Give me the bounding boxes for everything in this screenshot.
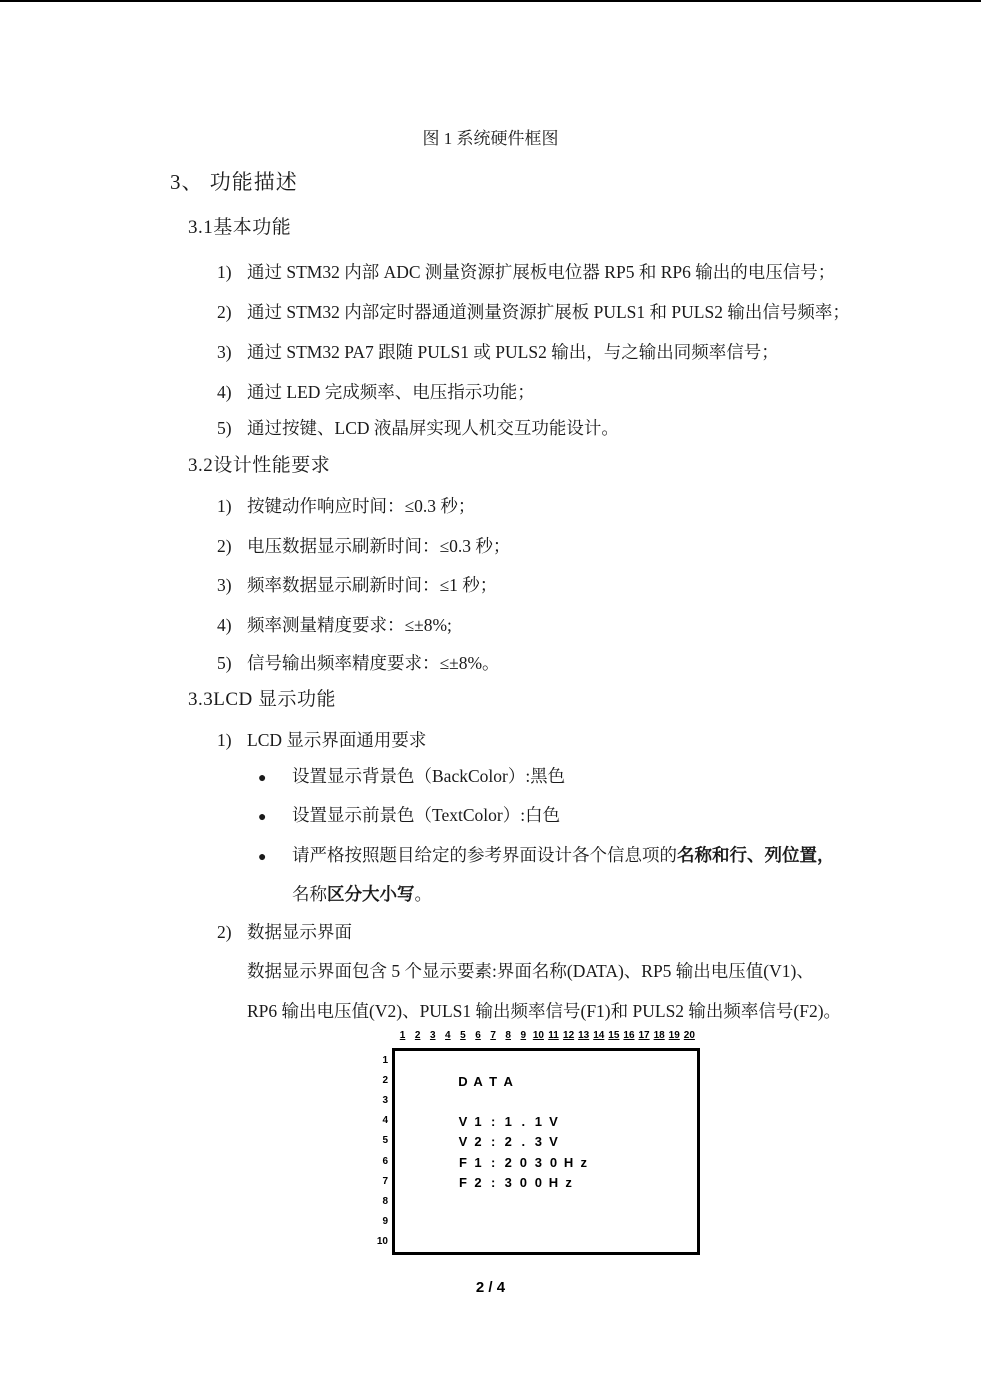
- list-item-text: 电压数据显示刷新时间：≤0.3 秒；: [247, 536, 510, 556]
- list-item-number: 3): [217, 573, 247, 598]
- list-item-number: 2): [217, 534, 247, 559]
- lcd-char: V: [546, 1134, 561, 1149]
- lcd-char: A: [470, 1074, 485, 1089]
- lcd-char: :: [486, 1114, 501, 1129]
- list-item-number: 5): [217, 416, 247, 441]
- lcd-char: 2: [501, 1155, 516, 1170]
- bullet-item: ●设置显示背景色（BackColor）:黑色: [258, 764, 565, 791]
- lcd-char: F: [455, 1155, 470, 1170]
- lcd-char: H: [561, 1155, 576, 1170]
- bullet-text: 。: [415, 884, 433, 904]
- lcd-col-label: 13: [576, 1030, 591, 1041]
- list-item-number: 1): [217, 494, 247, 519]
- lcd-char: 1: [501, 1114, 516, 1129]
- lcd-col-label: 7: [486, 1030, 501, 1041]
- lcd-row-label: 5: [370, 1135, 388, 1146]
- list-item: 1)LCD 显示界面通用要求: [217, 728, 426, 753]
- list-item: 4)通过 LED 完成频率、电压指示功能；: [217, 380, 535, 405]
- lcd-text-line: DATA: [455, 1074, 515, 1089]
- lcd-col-label: 5: [455, 1030, 470, 1041]
- lcd-char: 0: [516, 1155, 531, 1170]
- list-item: 5)通过按键、LCD 液晶屏实现人机交互功能设计。: [217, 416, 619, 441]
- lcd-col-label: 19: [667, 1030, 682, 1041]
- lcd-char: T: [486, 1074, 501, 1089]
- lcd-col-label: 14: [591, 1030, 606, 1041]
- list-item-number: 3): [217, 340, 247, 365]
- list-item: 2)数据显示界面: [217, 920, 352, 945]
- page-number: 2 / 4: [0, 1279, 981, 1296]
- list-item-number: 4): [217, 613, 247, 638]
- list-item-number: 2): [217, 920, 247, 945]
- list-item-text: 通过 STM32 内部定时器通道测量资源扩展板 PULS1 和 PULS2 输出…: [247, 302, 850, 322]
- lcd-reference-screen: DATAV1:1.1VV2:2.3VF1:2030HzF2:300Hz: [392, 1048, 700, 1255]
- lcd-row-label: 3: [370, 1095, 388, 1106]
- lcd-char: z: [576, 1155, 591, 1170]
- lcd-char: 0: [546, 1155, 561, 1170]
- lcd-col-label: 8: [501, 1030, 516, 1041]
- lcd-char: :: [486, 1134, 501, 1149]
- list-item: 5)信号输出频率精度要求：≤±8%。: [217, 651, 500, 676]
- lcd-char: 1: [470, 1114, 485, 1129]
- lcd-col-label: 16: [621, 1030, 636, 1041]
- lcd-col-label: 18: [652, 1030, 667, 1041]
- lcd-char: V: [455, 1134, 470, 1149]
- lcd-char: :: [486, 1175, 501, 1190]
- lcd-char: F: [455, 1175, 470, 1190]
- lcd-col-label: 15: [606, 1030, 621, 1041]
- lcd-col-label: 12: [561, 1030, 576, 1041]
- lcd-char: 1: [470, 1155, 485, 1170]
- lcd-char: 0: [531, 1175, 546, 1190]
- lcd-char: 2: [501, 1134, 516, 1149]
- lcd-col-label: 20: [682, 1030, 697, 1041]
- lcd-row-label: 10: [370, 1236, 388, 1247]
- bullet-text: 设置显示背景色（BackColor）:黑色: [292, 766, 565, 786]
- bullet-icon: ●: [258, 805, 292, 830]
- lcd-col-labels: 1234567891011121314151617181920: [395, 1030, 697, 1041]
- list-item-text: LCD 显示界面通用要求: [247, 730, 426, 750]
- bullet-item: ●请严格按照题目给定的参考界面设计各个信息项的名称和行、列位置，: [258, 843, 835, 870]
- lcd-col-label: 3: [425, 1030, 440, 1041]
- list-item-text: 按键动作响应时间：≤0.3 秒；: [247, 496, 475, 516]
- lcd-char: V: [546, 1114, 561, 1129]
- lcd-text-line: V1:1.1V: [455, 1114, 561, 1129]
- lcd-text-line: F2:300Hz: [455, 1175, 576, 1190]
- paragraph-line: 数据显示界面包含 5 个显示要素:界面名称(DATA)、RP5 输出电压值(V1…: [247, 959, 814, 984]
- lcd-char: 3: [531, 1155, 546, 1170]
- lcd-text-line: F1:2030Hz: [455, 1155, 591, 1170]
- list-item-text: 通过按键、LCD 液晶屏实现人机交互功能设计。: [247, 418, 619, 438]
- list-item-text: 通过 LED 完成频率、电压指示功能；: [247, 382, 535, 402]
- list-item-text: 通过 STM32 PA7 跟随 PULS1 或 PULS2 输出，与之输出同频率…: [247, 342, 779, 362]
- paragraph-line: RP6 输出电压值(V2)、PULS1 输出频率信号(F1)和 PULS2 输出…: [247, 999, 841, 1024]
- figure-caption: 图 1 系统硬件框图: [0, 126, 981, 151]
- lcd-row-label: 4: [370, 1115, 388, 1126]
- lcd-text-line: V2:2.3V: [455, 1134, 561, 1149]
- bullet-item: ●设置显示前景色（TextColor）:白色: [258, 803, 560, 830]
- lcd-col-label: 9: [516, 1030, 531, 1041]
- list-item: 1)通过 STM32 内部 ADC 测量资源扩展板电位器 RP5 和 RP6 输…: [217, 260, 835, 285]
- lcd-char: D: [455, 1074, 470, 1089]
- lcd-char: .: [516, 1134, 531, 1149]
- bullet-text-bold: 名称和行、列位置，: [677, 845, 835, 865]
- list-item-number: 2): [217, 300, 247, 325]
- list-item: 1)按键动作响应时间：≤0.3 秒；: [217, 494, 475, 519]
- list-item-number: 1): [217, 260, 247, 285]
- lcd-char: A: [501, 1074, 516, 1089]
- bullet-icon: ●: [258, 766, 292, 791]
- lcd-row-label: 7: [370, 1176, 388, 1187]
- lcd-char: 3: [531, 1134, 546, 1149]
- lcd-row-label: 8: [370, 1196, 388, 1207]
- lcd-char: 3: [501, 1175, 516, 1190]
- list-item: 3)频率数据显示刷新时间：≤1 秒；: [217, 573, 497, 598]
- bullet-text: 请严格按照题目给定的参考界面设计各个信息项的: [292, 845, 677, 865]
- lcd-row-labels: 12345678910: [370, 1051, 388, 1252]
- bullet-icon: ●: [258, 845, 292, 870]
- subsection-heading-3-2: 3.2设计性能要求: [188, 453, 330, 478]
- lcd-char: z: [561, 1175, 576, 1190]
- list-item-text: 数据显示界面: [247, 922, 352, 942]
- document-page: 图 1 系统硬件框图 3、 功能描述 3.1基本功能 1)通过 STM32 内部…: [0, 0, 981, 1398]
- lcd-row-label: 6: [370, 1156, 388, 1167]
- list-item: 2)电压数据显示刷新时间：≤0.3 秒；: [217, 534, 510, 559]
- lcd-char: :: [486, 1155, 501, 1170]
- bullet-item-continuation: 名称区分大小写。: [292, 882, 432, 907]
- lcd-row-label: 1: [370, 1055, 388, 1066]
- lcd-col-label: 2: [410, 1030, 425, 1041]
- list-item-number: 5): [217, 651, 247, 676]
- list-item-number: 4): [217, 380, 247, 405]
- lcd-col-label: 11: [546, 1030, 561, 1041]
- lcd-char: 1: [531, 1114, 546, 1129]
- lcd-col-label: 1: [395, 1030, 410, 1041]
- list-item: 4)频率测量精度要求：≤±8%;: [217, 613, 452, 638]
- list-item-number: 1): [217, 728, 247, 753]
- lcd-char: H: [546, 1175, 561, 1190]
- lcd-char: V: [455, 1114, 470, 1129]
- lcd-char: 0: [516, 1175, 531, 1190]
- lcd-char: 2: [470, 1175, 485, 1190]
- list-item: 3)通过 STM32 PA7 跟随 PULS1 或 PULS2 输出，与之输出同…: [217, 340, 779, 365]
- list-item-text: 信号输出频率精度要求：≤±8%。: [247, 653, 500, 673]
- list-item-text: 频率数据显示刷新时间：≤1 秒；: [247, 575, 497, 595]
- lcd-char: 2: [470, 1134, 485, 1149]
- lcd-row-label: 2: [370, 1075, 388, 1086]
- lcd-char: .: [516, 1114, 531, 1129]
- subsection-heading-3-1: 3.1基本功能: [188, 215, 291, 240]
- subsection-heading-3-3: 3.3LCD 显示功能: [188, 687, 336, 712]
- bullet-text: 名称: [292, 884, 327, 904]
- list-item-text: 通过 STM32 内部 ADC 测量资源扩展板电位器 RP5 和 RP6 输出的…: [247, 262, 835, 282]
- lcd-col-label: 17: [637, 1030, 652, 1041]
- list-item-text: 频率测量精度要求：≤±8%;: [247, 615, 452, 635]
- lcd-row-label: 9: [370, 1216, 388, 1227]
- section-heading-3: 3、 功能描述: [170, 170, 298, 195]
- list-item: 2)通过 STM32 内部定时器通道测量资源扩展板 PULS1 和 PULS2 …: [217, 300, 850, 325]
- bullet-text: 设置显示前景色（TextColor）:白色: [292, 805, 560, 825]
- bullet-text-bold: 区分大小写: [327, 884, 415, 904]
- lcd-col-label: 10: [531, 1030, 546, 1041]
- lcd-col-label: 6: [470, 1030, 485, 1041]
- lcd-col-label: 4: [440, 1030, 455, 1041]
